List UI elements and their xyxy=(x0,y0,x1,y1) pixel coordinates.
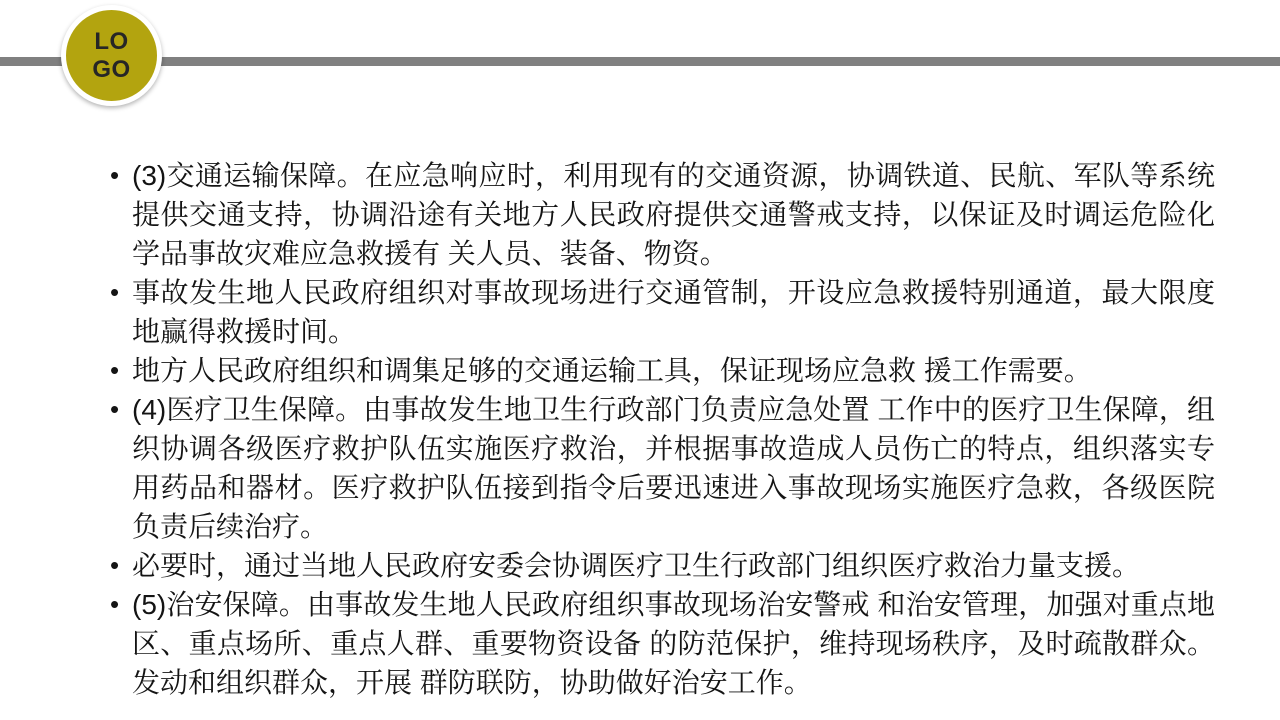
bullet-dot-icon: • xyxy=(110,351,119,390)
bullet-text: 地方人民政府组织和调集足够的交通运输工具，保证现场应急救 援工作需要。 xyxy=(132,355,1092,386)
bullet-dot-icon: • xyxy=(110,585,119,624)
bullet-item: •(5)治安保障。由事故发生地人民政府组织事故现场治安警戒 和治安管理，加强对重… xyxy=(110,585,1215,702)
bullet-item: •(3)交通运输保障。在应急响应时，利用现有的交通资源，协调铁道、民航、军队等系… xyxy=(110,156,1215,273)
logo-text-line1: LO xyxy=(94,28,128,56)
bullet-dot-icon: • xyxy=(110,546,119,585)
logo-text-line2: GO xyxy=(92,56,130,84)
bullet-dot-icon: • xyxy=(110,273,119,312)
bullet-text: (3)交通运输保障。在应急响应时，利用现有的交通资源，协调铁道、民航、军队等系统… xyxy=(132,160,1215,269)
bullet-text: 必要时，通过当地人民政府安委会协调医疗卫生行政部门组织医疗救治力量支援。 xyxy=(132,550,1140,581)
header-divider-bar xyxy=(0,57,1280,66)
bullet-item: •必要时，通过当地人民政府安委会协调医疗卫生行政部门组织医疗救治力量支援。 xyxy=(110,546,1215,585)
bullet-dot-icon: • xyxy=(110,390,119,429)
bullet-item: •事故发生地人民政府组织对事故现场进行交通管制，开设应急救援特别通道，最大限度地… xyxy=(110,273,1215,351)
bullet-item: •地方人民政府组织和调集足够的交通运输工具，保证现场应急救 援工作需要。 xyxy=(110,351,1215,390)
bullet-text: (5)治安保障。由事故发生地人民政府组织事故现场治安警戒 和治安管理，加强对重点… xyxy=(132,589,1215,698)
bullet-item: •(4)医疗卫生保障。由事故发生地卫生行政部门负责应急处置 工作中的医疗卫生保障… xyxy=(110,390,1215,546)
bullet-text: 事故发生地人民政府组织对事故现场进行交通管制，开设应急救援特别通道，最大限度地赢… xyxy=(132,277,1215,347)
bullet-text: (4)医疗卫生保障。由事故发生地卫生行政部门负责应急处置 工作中的医疗卫生保障，… xyxy=(132,394,1215,542)
logo-badge: LO GO xyxy=(61,5,162,106)
bullet-dot-icon: • xyxy=(110,156,119,195)
bullet-list: •(3)交通运输保障。在应急响应时，利用现有的交通资源，协调铁道、民航、军队等系… xyxy=(110,156,1215,702)
